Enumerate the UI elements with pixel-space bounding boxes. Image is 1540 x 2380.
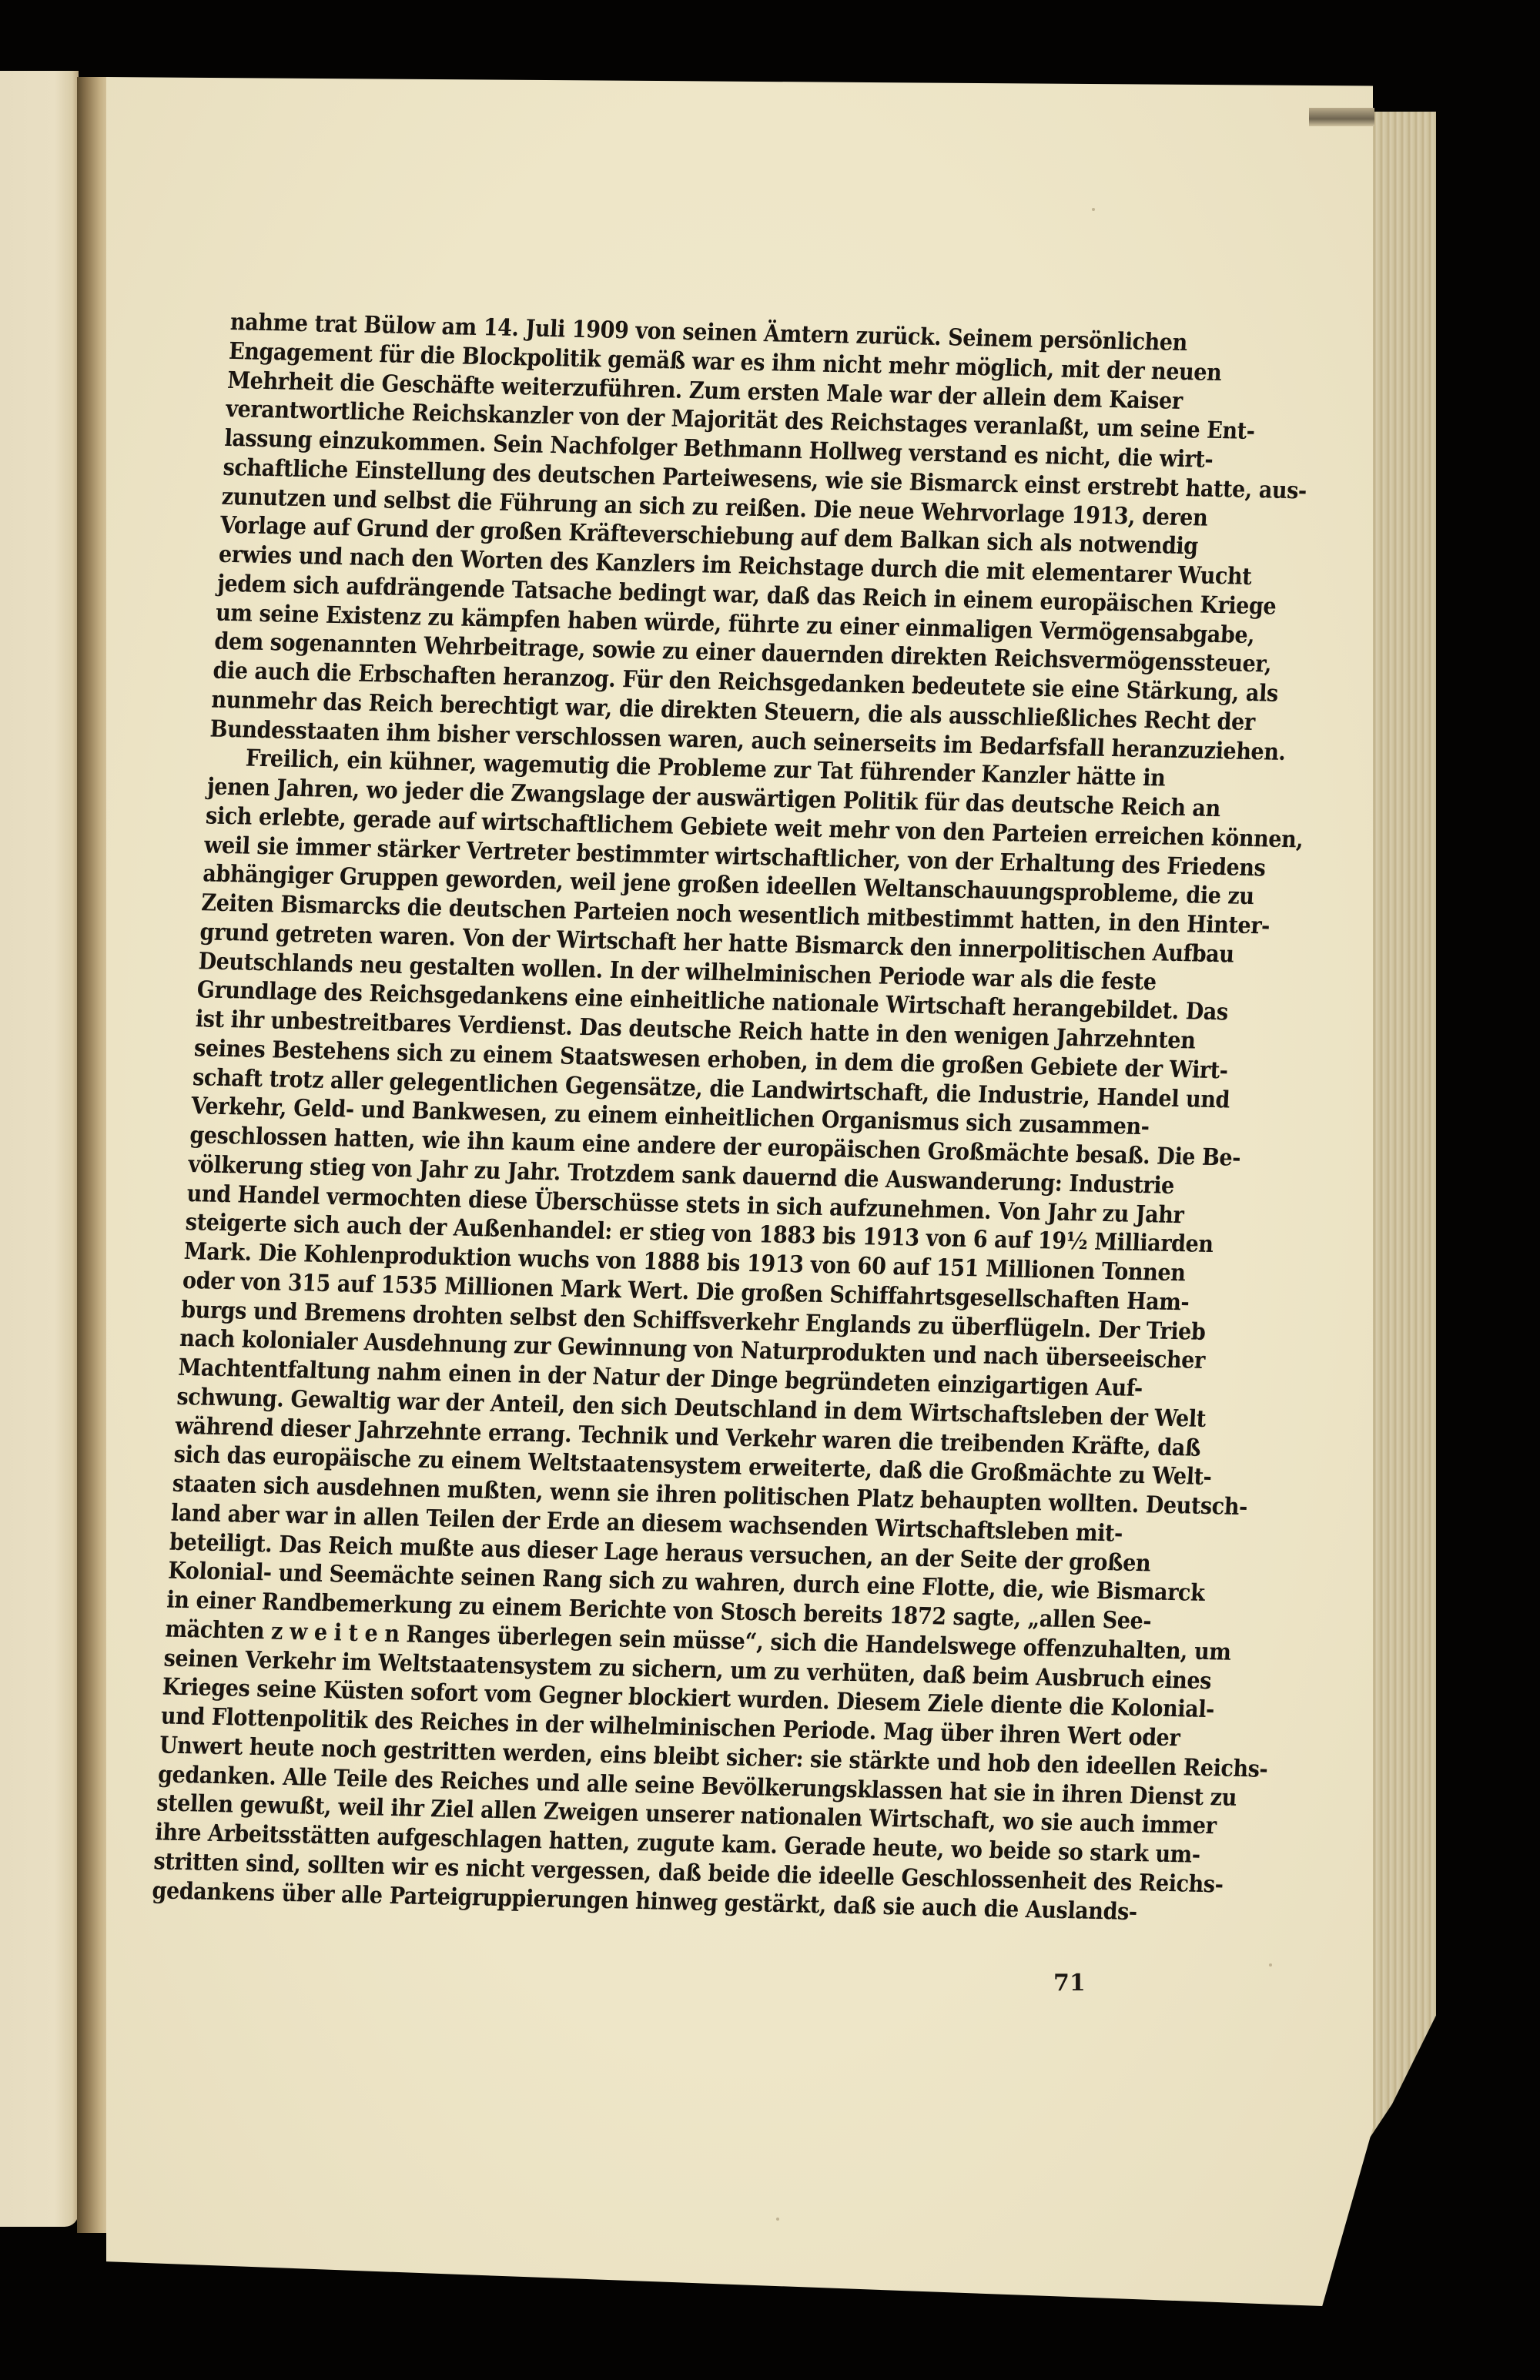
paper-speck bbox=[1092, 208, 1095, 211]
book-gutter-shadow bbox=[77, 77, 109, 2233]
paper-speck bbox=[776, 2218, 779, 2221]
page-number: 71 bbox=[1053, 1970, 1086, 1997]
page-edges-stack bbox=[1363, 112, 1436, 2325]
page-top-corner-edge bbox=[1309, 108, 1374, 126]
body-text: nahme trat Bülow am 14. Juli 1909 von se… bbox=[150, 308, 1136, 1954]
left-page-edge bbox=[0, 71, 79, 2227]
paper-speck bbox=[1269, 1963, 1272, 1967]
